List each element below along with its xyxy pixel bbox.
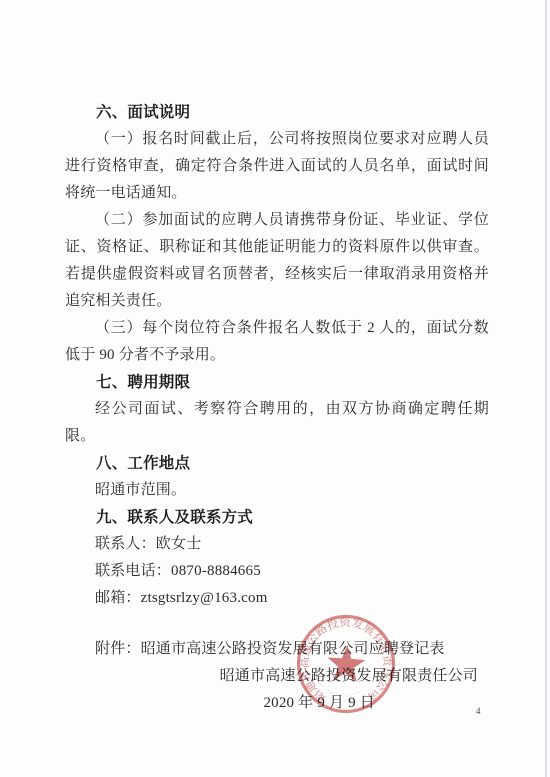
paragraph: （一）报名时间截止后，公司将按照岗位要求对应聘人员进行资格审查，确定符合条件进入… [65,126,489,207]
section-heading: 六、面试说明 [65,99,489,126]
document-body: 六、面试说明（一）报名时间截止后，公司将按照岗位要求对应聘人员进行资格审查，确定… [65,99,489,612]
paragraph: 联系人：欧女士 [65,531,489,558]
paragraph: 联系电话：0870-8884665 [65,558,489,585]
paragraph: 邮箱：ztsgtsrlzy@163.com [65,585,489,612]
scanned-document-page: 六、面试说明（一）报名时间截止后，公司将按照岗位要求对应聘人员进行资格审查，确定… [0,0,550,777]
section-heading: 七、聘用期限 [65,369,489,396]
attachment-line: 附件：昭通市高速公路投资发展有限公司应聘登记表 [65,636,489,663]
scan-edge-line [545,0,547,777]
paragraph: （二）参加面试的应聘人员请携带身份证、毕业证、学位证、资格证、职称证和其他能证明… [65,207,489,315]
page-number: 4 [476,706,481,716]
signature-date: 2020 年 9 月 9 日 [65,690,489,717]
paragraph: （三）每个岗位符合条件报名人数低于 2 人的，面试分数低于 90 分者不予录用。 [65,315,489,369]
section-heading: 八、工作地点 [65,450,489,477]
document-tail: 附件：昭通市高速公路投资发展有限公司应聘登记表 昭通市高速公路投资发展有限责任公… [65,612,489,717]
signature-company: 昭通市高速公路投资发展有限责任公司 [65,663,489,690]
paragraph: 经公司面试、考察符合聘用的，由双方协商确定聘任期限。 [65,396,489,450]
section-heading: 九、联系人及联系方式 [65,504,489,531]
paragraph: 昭通市范围。 [65,477,489,504]
